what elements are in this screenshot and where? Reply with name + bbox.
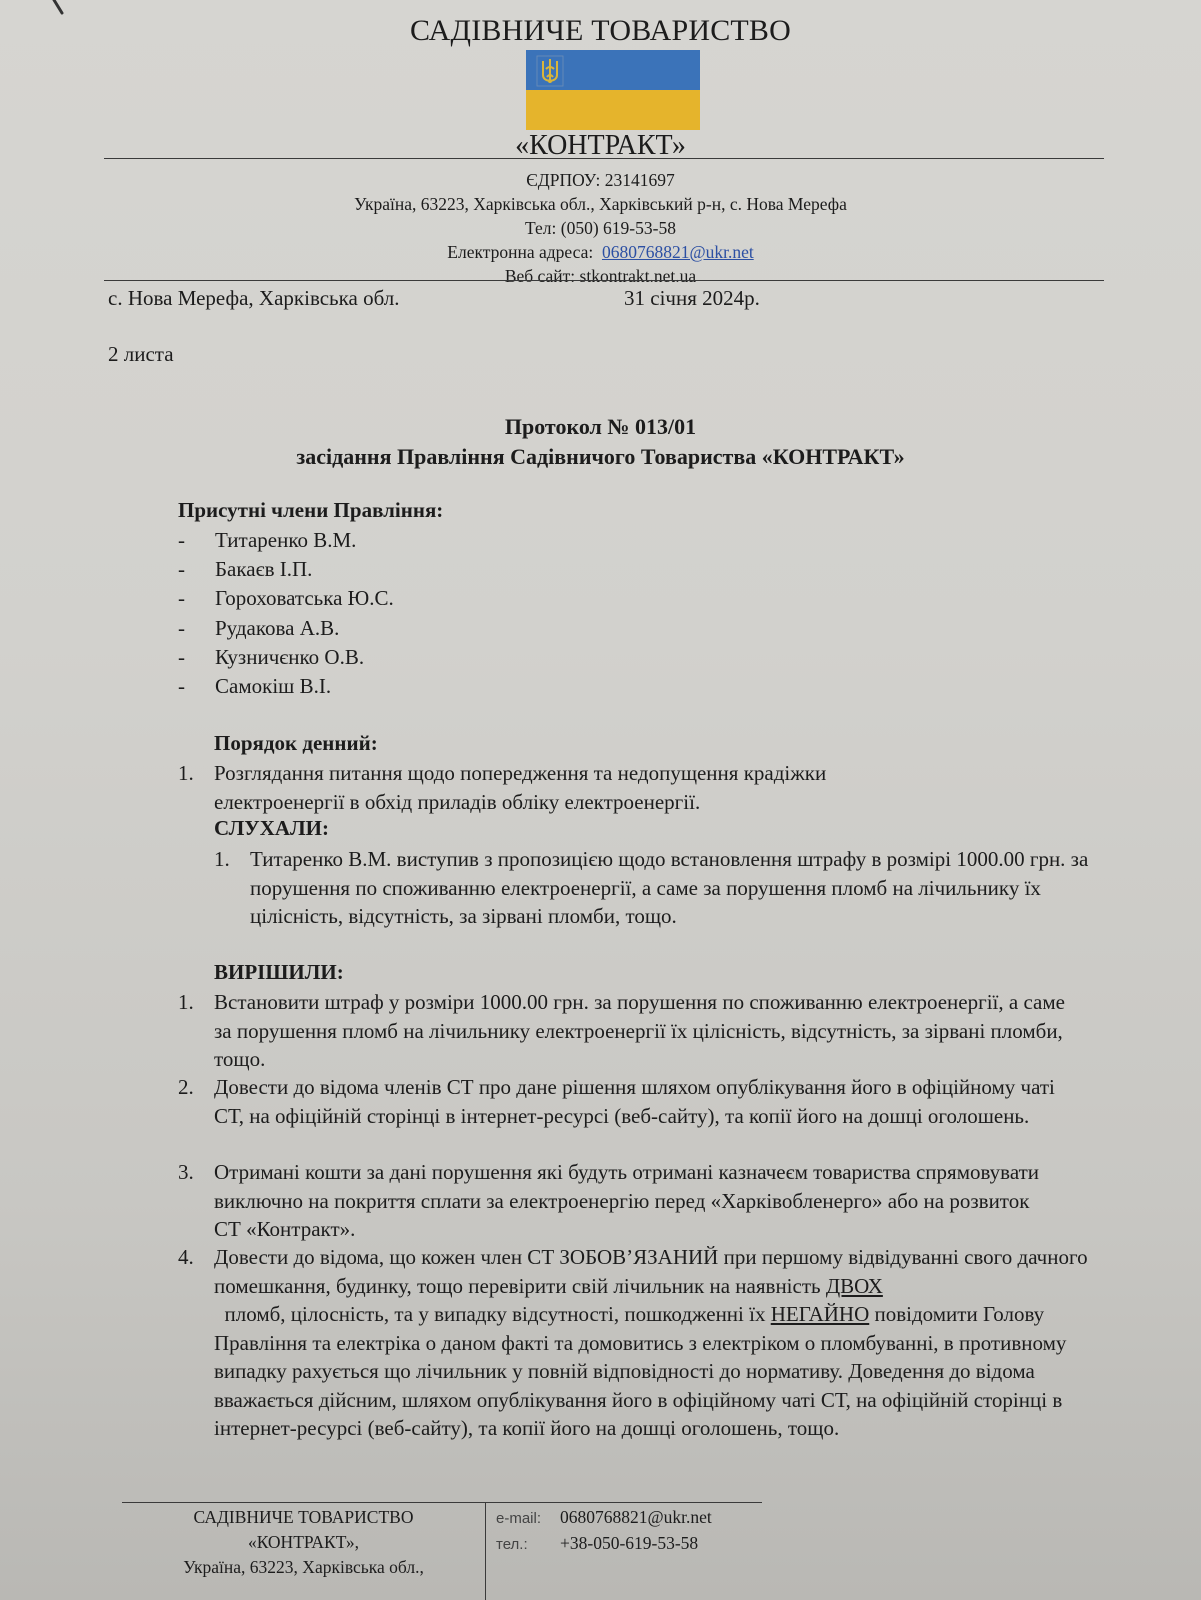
list-item: -Бакаєв І.П. [178,555,394,584]
present-members-list: -Титаренко В.М. -Бакаєв І.П. -Гороховатс… [178,526,394,701]
trident-icon [536,55,564,87]
org-email-line: Електронна адреса: 0680768821@ukr.net [0,240,1201,264]
decided-item-4: 4. Довести до відома, що кожен член СТ З… [178,1243,1093,1443]
decided-heading: ВИРІШИЛИ: [214,960,344,985]
footer-phone-label: тел.: [496,1533,560,1557]
document-place: с. Нова Мерефа, Харківська обл. [108,286,399,311]
agenda-heading: Порядок денний: [214,731,378,756]
underlined-immediately: НЕГАЙНО [771,1302,870,1326]
footer-divider [485,1502,486,1600]
list-item: -Самокіш В.І. [178,672,394,701]
header-rule-bottom [104,280,1104,281]
present-members-heading: Присутні члени Правління: [178,498,443,523]
list-item: -Рудакова А.В. [178,614,394,643]
agenda-item: 1. Розглядання питання щодо попередження… [178,759,938,816]
footer-email[interactable]: 0680768821@ukr.net [560,1507,712,1527]
sheet-count: 2 листа [108,342,174,367]
footer-phone: +38-050-619-53-58 [560,1533,698,1553]
heard-item: 1. Титаренко В.М. виступив з пропозицією… [214,845,1104,931]
org-website: Веб сайт: stkontrakt.net.ua [0,264,1201,288]
decided-item-2: 2. Довести до відома членів СТ про дане … [178,1073,1083,1130]
list-item: -Гороховатська Ю.С. [178,584,394,613]
underlined-two: ДВОХ [826,1274,883,1298]
header-rule-top [104,158,1104,159]
document-date: 31 січня 2024р. [624,286,760,311]
ukraine-flag-icon [526,50,700,130]
email-label: Електронна адреса: [447,242,593,262]
edrpou-code: ЄДРПОУ: 23141697 [0,168,1201,192]
list-item: -Кузничєнко О.В. [178,643,394,672]
footer-org-block: САДІВНИЧЕ ТОВАРИСТВО «КОНТРАКТ», Україна… [122,1505,485,1580]
protocol-subtitle: засідання Правління Садівничого Товарист… [0,444,1201,470]
footer-rule [122,1502,762,1503]
decided-item-3: 3. Отримані кошти за дані порушення які … [178,1158,1058,1244]
protocol-title: Протокол № 013/01 [0,414,1201,440]
footer-contact-block: e-mail:0680768821@ukr.net тел.:+38-050-6… [496,1505,712,1557]
email-link[interactable]: 0680768821@ukr.net [602,242,754,262]
list-item: -Титаренко В.М. [178,526,394,555]
org-address: Україна, 63223, Харківська обл., Харківс… [0,192,1201,216]
org-contact-block: ЄДРПОУ: 23141697 Україна, 63223, Харківс… [0,168,1201,288]
footer-email-label: e-mail: [496,1507,560,1531]
heard-heading: СЛУХАЛИ: [214,816,329,841]
decided-item-1: 1. Встановити штраф у розміри 1000.00 гр… [178,988,1068,1074]
org-phone: Тел: (050) 619-53-58 [0,216,1201,240]
org-type-heading: САДІВНИЧЕ ТОВАРИСТВО [0,14,1201,48]
